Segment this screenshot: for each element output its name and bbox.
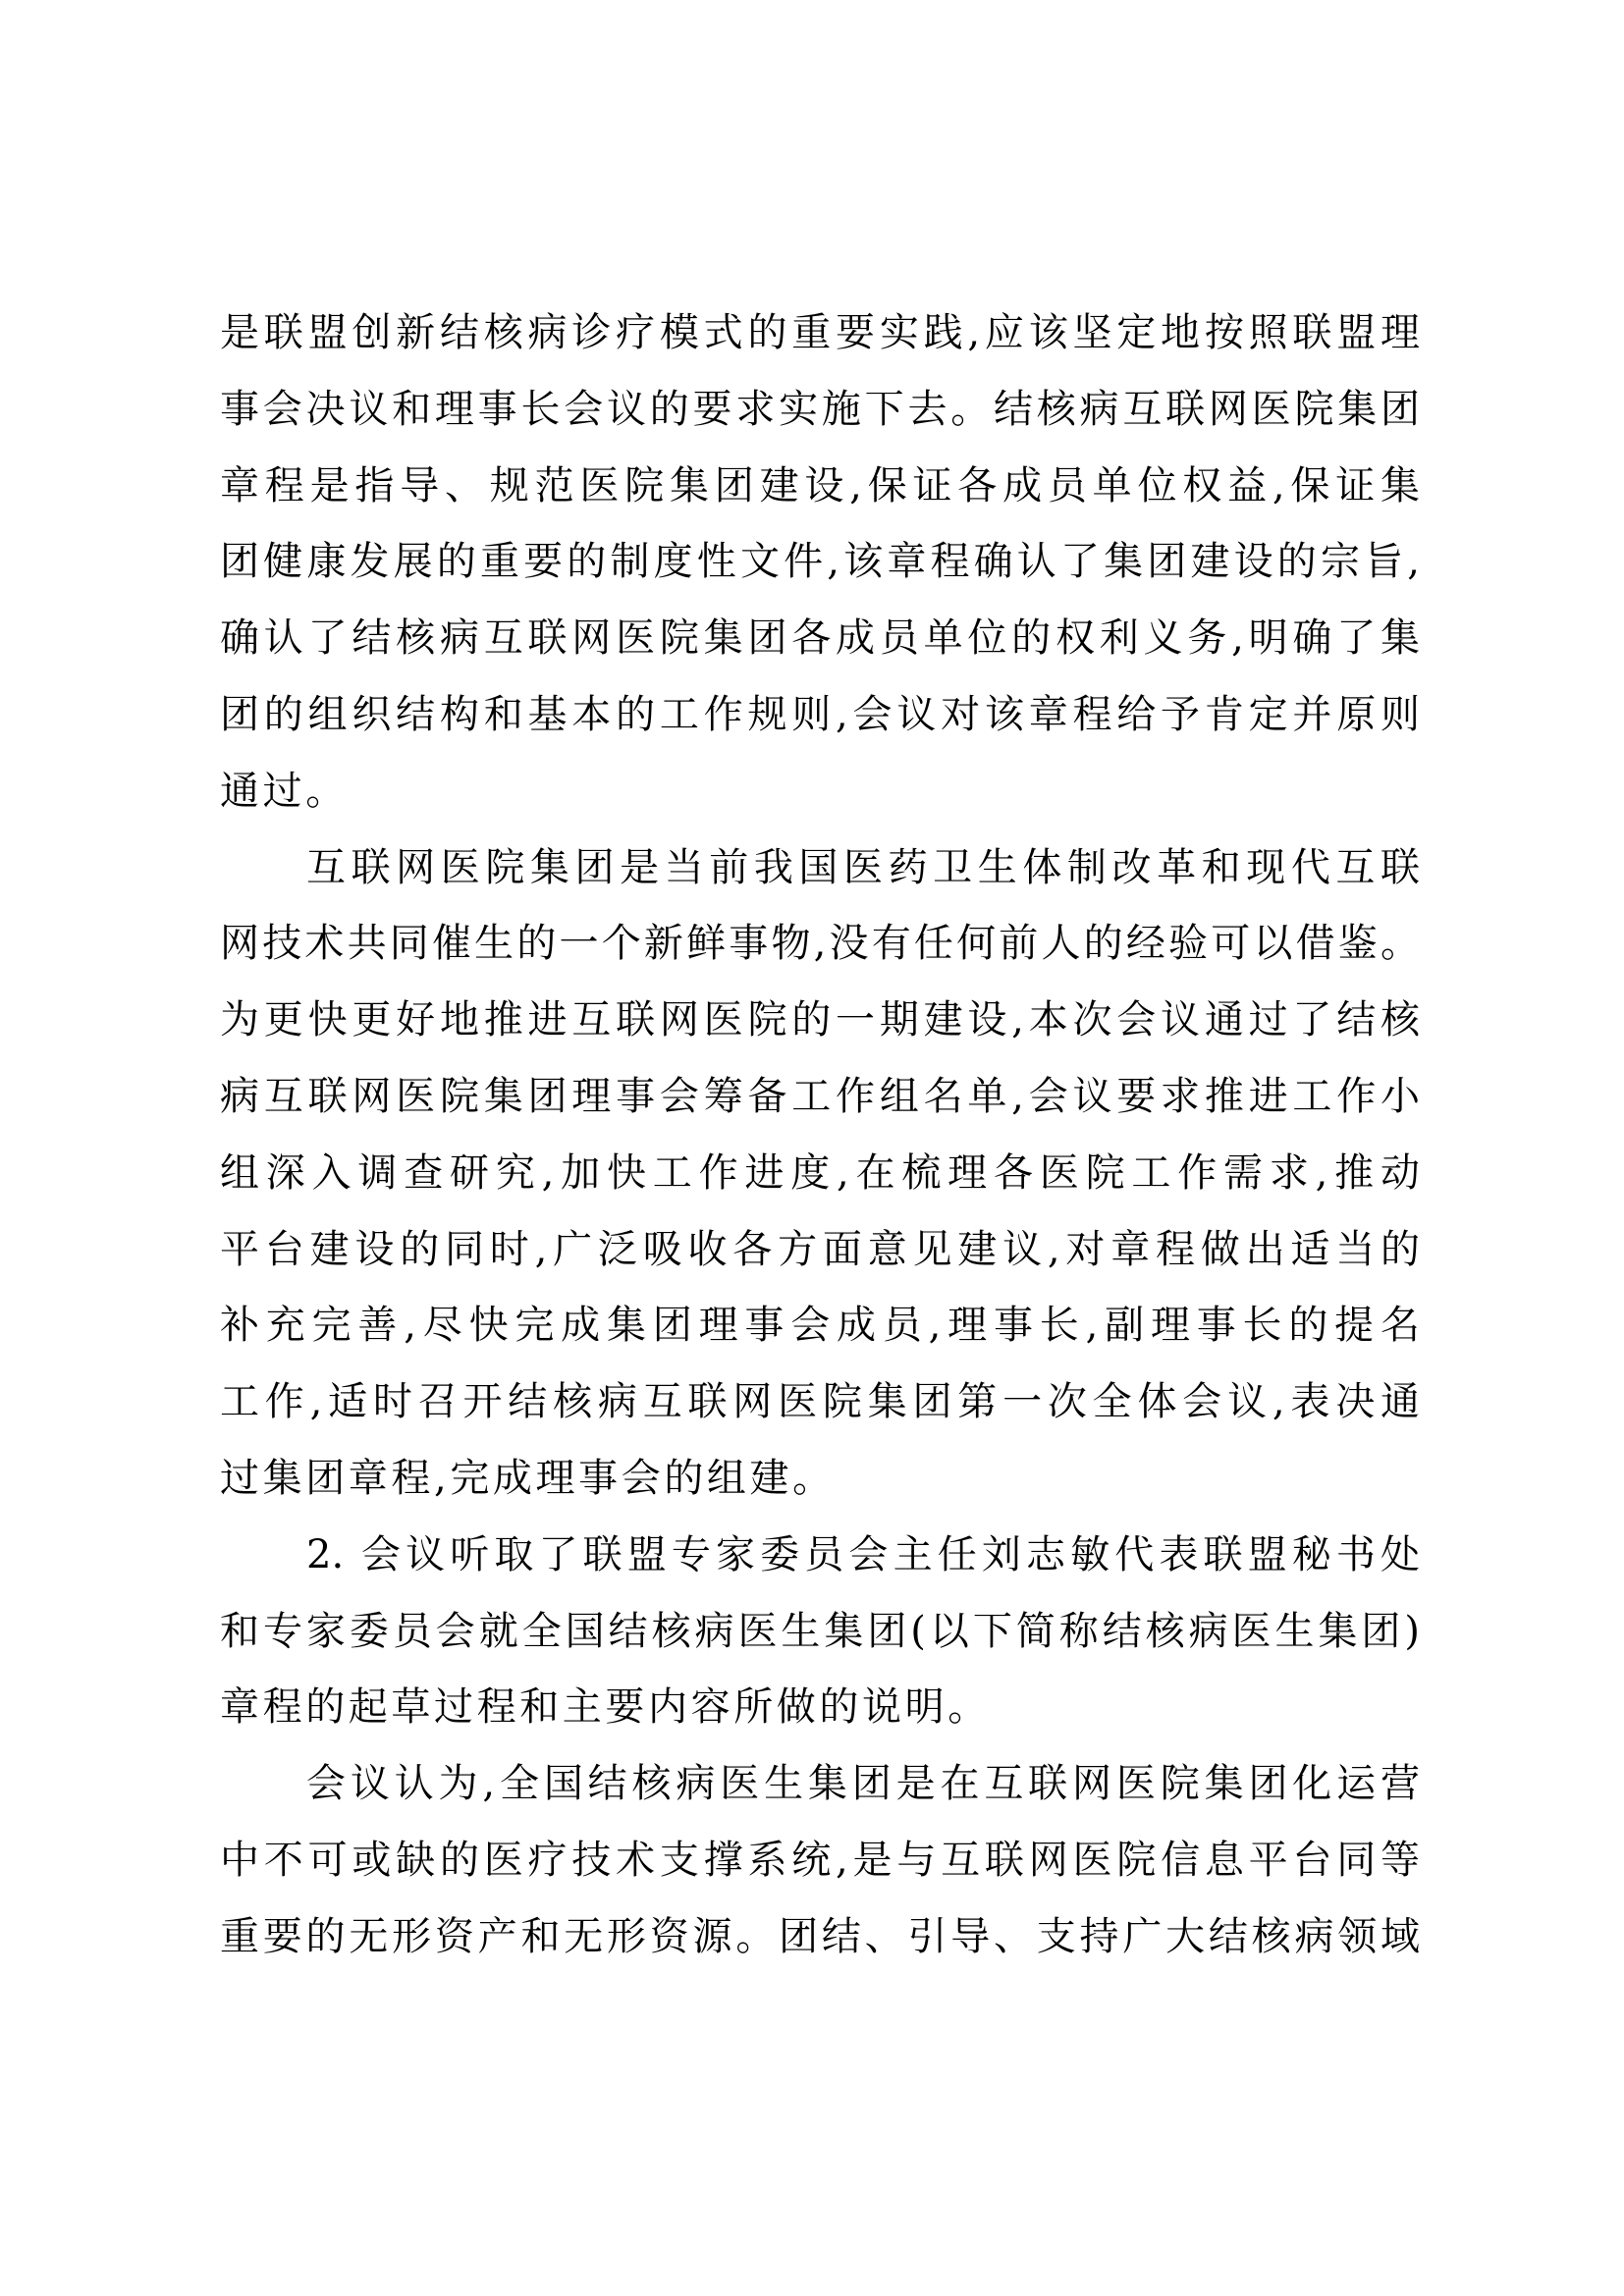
text-line: 团健康发展的重要的制度性文件,该章程确认了集团建设的宗旨,	[220, 534, 1420, 611]
paragraph-4: 会议认为,全国结核病医生集团是在互联网医院集团化运营 中不可或缺的医疗技术支撑系…	[220, 1756, 1420, 1985]
document-page: 是联盟创新结核病诊疗模式的重要实践,应该坚定地按照联盟理 事会决议和理事长会议的…	[0, 0, 1624, 2296]
text-line: 组深入调查研究,加快工作进度,在梳理各医院工作需求,推动	[220, 1146, 1420, 1222]
text-line: 和专家委员会就全国结核病医生集团(以下简称结核病医生集团)	[220, 1604, 1420, 1681]
text-line: 章程是指导、规范医院集团建设,保证各成员单位权益,保证集	[220, 458, 1420, 535]
text-line: 是联盟创新结核病诊疗模式的重要实践,应该坚定地按照联盟理	[220, 305, 1420, 382]
text-line: 工作,适时召开结核病互联网医院集团第一次全体会议,表决通	[220, 1374, 1420, 1451]
text-line: 平台建设的同时,广泛吸收各方面意见建议,对章程做出适当的	[220, 1222, 1420, 1299]
text-line: 事会决议和理事长会议的要求实施下去。结核病互联网医院集团	[220, 382, 1420, 458]
text-line: 会议认为,全国结核病医生集团是在互联网医院集团化运营	[220, 1756, 1420, 1833]
document-body: 是联盟创新结核病诊疗模式的重要实践,应该坚定地按照联盟理 事会决议和理事长会议的…	[220, 305, 1420, 1986]
text-line: 网技术共同催生的一个新鲜事物,没有任何前人的经验可以借鉴。	[220, 916, 1420, 992]
text-line: 互联网医院集团是当前我国医药卫生体制改革和现代互联	[220, 840, 1420, 917]
text-line: 团的组织结构和基本的工作规则,会议对该章程给予肯定并原则	[220, 687, 1420, 764]
text-line: 补充完善,尽快完成集团理事会成员,理事长,副理事长的提名	[220, 1298, 1420, 1374]
text-line: 通过。	[220, 764, 1420, 840]
paragraph-1-continued: 是联盟创新结核病诊疗模式的重要实践,应该坚定地按照联盟理 事会决议和理事长会议的…	[220, 305, 1420, 840]
paragraph-2: 互联网医院集团是当前我国医药卫生体制改革和现代互联 网技术共同催生的一个新鲜事物…	[220, 840, 1420, 1527]
text-line: 中不可或缺的医疗技术支撑系统,是与互联网医院信息平台同等	[220, 1833, 1420, 1909]
text-line: 确认了结核病互联网医院集团各成员单位的权利义务,明确了集	[220, 611, 1420, 687]
text-line: 章程的起草过程和主要内容所做的说明。	[220, 1680, 1420, 1756]
text-line: 病互联网医院集团理事会筹备工作组名单,会议要求推进工作小	[220, 1069, 1420, 1146]
text-line: 过集团章程,完成理事会的组建。	[220, 1451, 1420, 1527]
text-line: 为更快更好地推进互联网医院的一期建设,本次会议通过了结核	[220, 992, 1420, 1069]
paragraph-3-item-2: 2. 会议听取了联盟专家委员会主任刘志敏代表联盟秘书处 和专家委员会就全国结核病…	[220, 1527, 1420, 1756]
text-line: 2. 会议听取了联盟专家委员会主任刘志敏代表联盟秘书处	[220, 1527, 1420, 1604]
text-line: 重要的无形资产和无形资源。团结、引导、支持广大结核病领域	[220, 1909, 1420, 1986]
